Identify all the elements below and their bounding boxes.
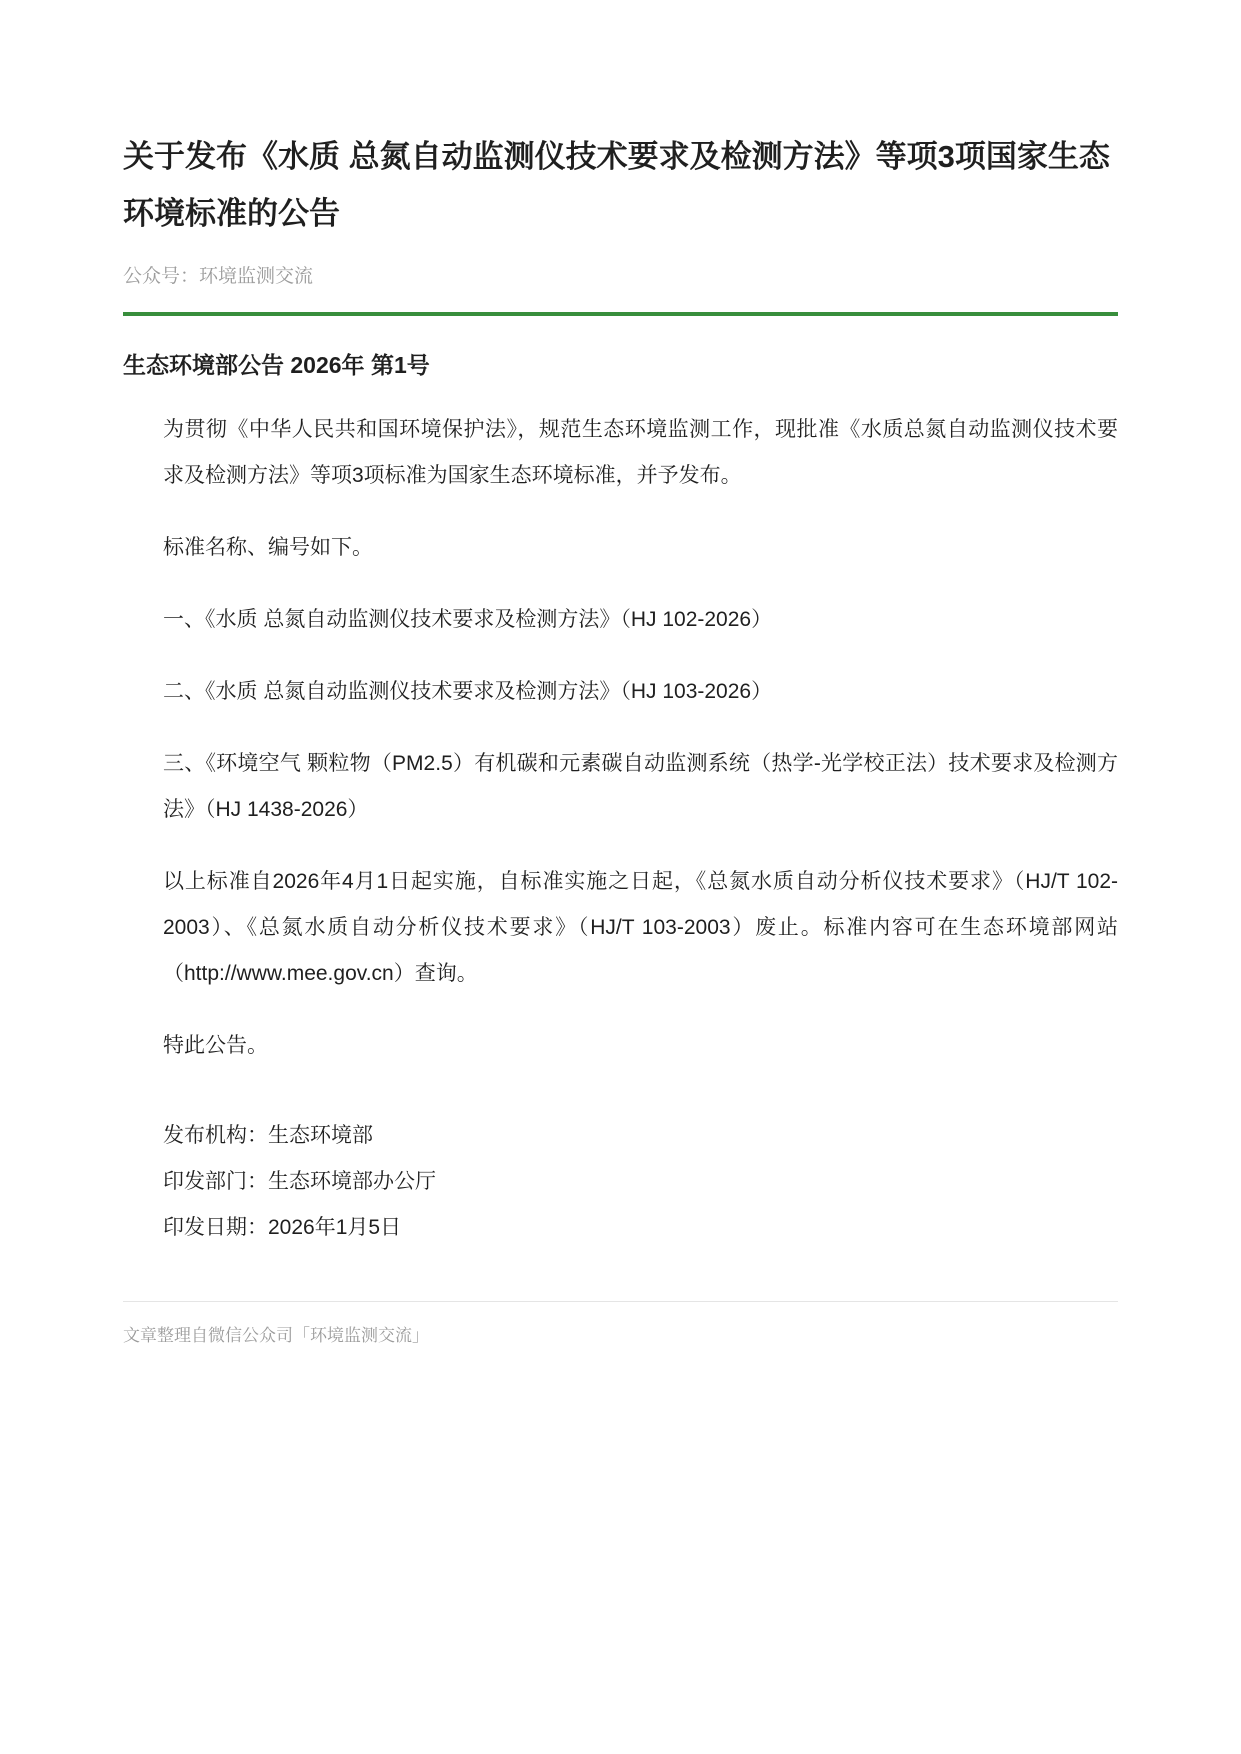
standard-item-3: 三、《环境空气 颗粒物（PM2.5）有机碳和元素碳自动监测系统（热学-光学校正法… bbox=[163, 741, 1118, 833]
publish-meta: 发布机构：生态环境部 印发部门：生态环境部办公厅 印发日期：2026年1月5日 bbox=[123, 1113, 1118, 1251]
source-account-label: 公众号：环境监测交流 bbox=[123, 264, 1118, 290]
paragraph-closing: 特此公告。 bbox=[163, 1023, 1118, 1069]
announcement-page: 关于发布《水质 总氮自动监测仪技术要求及检测方法》等项3项国家生态环境标准的公告… bbox=[0, 0, 1241, 1754]
meta-printing-dept: 印发部门：生态环境部办公厅 bbox=[163, 1159, 1118, 1205]
meta-print-date: 印发日期：2026年1月5日 bbox=[163, 1205, 1118, 1251]
notice-number-heading: 生态环境部公告 2026年 第1号 bbox=[123, 349, 1118, 381]
paragraph-list-lead: 标准名称、编号如下。 bbox=[163, 525, 1118, 571]
standard-item-1: 一、《水质 总氮自动监测仪技术要求及检测方法》（HJ 102-2026） bbox=[163, 597, 1118, 643]
paragraph-effective: 以上标准自2026年4月1日起实施，自标准实施之日起，《总氮水质自动分析仪技术要… bbox=[163, 859, 1118, 997]
paragraph-intro: 为贯彻《中华人民共和国环境保护法》，规范生态环境监测工作，现批准《水质总氮自动监… bbox=[163, 407, 1118, 499]
green-divider bbox=[123, 312, 1118, 316]
standard-item-2: 二、《水质 总氮自动监测仪技术要求及检测方法》（HJ 103-2026） bbox=[163, 669, 1118, 715]
footer-divider bbox=[123, 1301, 1118, 1302]
page-title: 关于发布《水质 总氮自动监测仪技术要求及检测方法》等项3项国家生态环境标准的公告 bbox=[123, 128, 1118, 242]
meta-issuing-agency: 发布机构：生态环境部 bbox=[163, 1113, 1118, 1159]
article-content: 关于发布《水质 总氮自动监测仪技术要求及检测方法》等项3项国家生态环境标准的公告… bbox=[123, 0, 1118, 1348]
footer-note: 文章整理自微信公众司「环境监测交流」 bbox=[123, 1324, 1118, 1348]
notice-body: 为贯彻《中华人民共和国环境保护法》，规范生态环境监测工作，现批准《水质总氮自动监… bbox=[123, 407, 1118, 1069]
